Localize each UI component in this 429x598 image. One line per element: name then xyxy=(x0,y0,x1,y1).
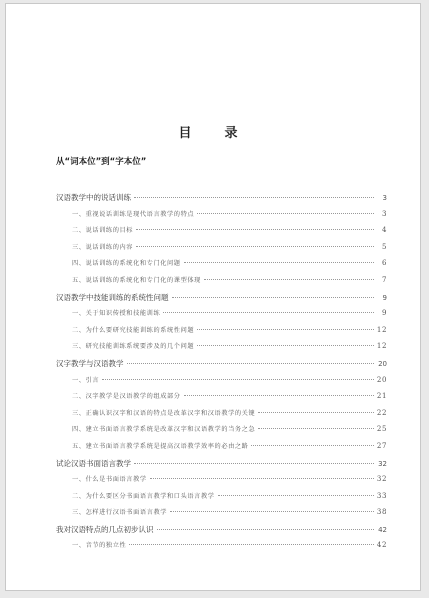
toc-section-entry[interactable]: 一、引言20 xyxy=(56,375,387,392)
toc-entry-label: 我对汉语特点的几点初步认识 xyxy=(56,524,154,535)
toc-entry-label: 二、为什么要区分书面语言教学和口头语言教学 xyxy=(72,491,215,500)
dot-leader xyxy=(163,312,374,313)
toc-page-number: 21 xyxy=(377,392,387,400)
dot-leader xyxy=(204,279,374,280)
dot-leader xyxy=(129,544,374,545)
toc-entry-label: 试论汉语书面语言教学 xyxy=(56,458,131,469)
toc-section-entry[interactable]: 一、音节的独立性42 xyxy=(56,540,387,557)
toc-section-entry[interactable]: 四、建立书面语言教学系统是改革汉字和汉语教学的当务之急25 xyxy=(56,424,387,441)
toc-page-number: 27 xyxy=(377,442,387,450)
dot-leader xyxy=(127,363,375,364)
toc-entry-label: 四、建立书面语言教学系统是改革汉字和汉语教学的当务之急 xyxy=(72,424,255,433)
toc-page-number: 5 xyxy=(377,243,387,251)
dot-leader xyxy=(134,197,374,198)
dot-leader xyxy=(218,495,374,496)
toc-entry-label: 一、关于知识传授和技能训练 xyxy=(72,308,160,317)
dot-leader xyxy=(251,445,373,446)
toc-page-number: 42 xyxy=(377,526,387,534)
toc-section-entry[interactable]: 一、重视说话训练是现代语言教学的特点3 xyxy=(56,209,387,226)
toc-entry-label: 一、重视说话训练是现代语言教学的特点 xyxy=(72,209,194,218)
toc-page-number: 20 xyxy=(377,360,387,368)
toc-chapter-entry[interactable]: 试论汉语书面语言教学32 xyxy=(56,458,387,475)
toc-page-number: 32 xyxy=(377,460,387,468)
dot-leader xyxy=(184,262,374,263)
toc-entry-label: 二、汉字教学是汉语教学的组成部分 xyxy=(72,391,181,400)
toc-entry-label: 三、说话训练的内容 xyxy=(72,242,133,251)
toc-entry-label: 五、建立书面语言教学系统是提高汉语教学效率的必由之路 xyxy=(72,441,248,450)
toc-page-number: 4 xyxy=(377,226,387,234)
dot-leader xyxy=(157,529,375,530)
toc-entry-label: 三、研究技能训练系统要涉及的几个问题 xyxy=(72,341,194,350)
toc-section-entry[interactable]: 五、建立书面语言教学系统是提高汉语教学效率的必由之路27 xyxy=(56,441,387,458)
dot-leader xyxy=(102,379,374,380)
dot-leader xyxy=(197,213,374,214)
dot-leader xyxy=(172,297,375,298)
document-page: 目 录 从“词本位”到“字本位” 汉语教学中的说话训练3一、重视说话训练是现代语… xyxy=(5,3,421,591)
dot-leader xyxy=(258,412,374,413)
table-of-contents: 汉语教学中的说话训练3一、重视说话训练是现代语言教学的特点3二、说话训练的目标4… xyxy=(56,192,387,557)
dot-leader xyxy=(170,511,374,512)
toc-page-number: 3 xyxy=(377,210,387,218)
toc-entry-label: 一、什么是书面语言教学 xyxy=(72,474,147,483)
dot-leader xyxy=(136,229,374,230)
toc-section-entry[interactable]: 三、研究技能训练系统要涉及的几个问题12 xyxy=(56,341,387,358)
toc-section-entry[interactable]: 五、说话训练的系统化和专门化的课型体现7 xyxy=(56,275,387,292)
toc-page-number: 22 xyxy=(377,409,387,417)
toc-page-number: 42 xyxy=(377,541,387,549)
toc-page-number: 3 xyxy=(377,194,387,202)
toc-page-number: 9 xyxy=(377,309,387,317)
dot-leader xyxy=(197,345,374,346)
toc-entry-label: 四、说话训练的系统化和专门化问题 xyxy=(72,258,181,267)
toc-entry-label: 一、引言 xyxy=(72,375,99,384)
toc-section-entry[interactable]: 一、什么是书面语言教学32 xyxy=(56,474,387,491)
toc-section-entry[interactable]: 二、为什么要研究技能训练的系统性问题12 xyxy=(56,325,387,342)
toc-entry-label: 三、正确认识汉字和汉语的特点是改革汉字和汉语教学的关键 xyxy=(72,408,255,417)
toc-entry-label: 二、说话训练的目标 xyxy=(72,225,133,234)
toc-entry-label: 汉语教学中的说话训练 xyxy=(56,192,131,203)
dot-leader xyxy=(150,478,374,479)
toc-page-number: 20 xyxy=(377,376,387,384)
toc-page-number: 6 xyxy=(377,259,387,267)
dot-leader xyxy=(184,395,374,396)
toc-page-number: 7 xyxy=(377,276,387,284)
toc-page-number: 33 xyxy=(377,492,387,500)
toc-chapter-entry[interactable]: 汉语教学中的说话训练3 xyxy=(56,192,387,209)
dot-leader xyxy=(134,463,374,464)
dot-leader xyxy=(258,428,374,429)
dot-leader xyxy=(197,329,374,330)
toc-page-number: 12 xyxy=(377,342,387,350)
page-title: 目 录 xyxy=(6,122,420,141)
toc-chapter-entry[interactable]: 汉语教学中技能训练的系统性问题9 xyxy=(56,292,387,309)
toc-section-entry[interactable]: 四、说话训练的系统化和专门化问题6 xyxy=(56,258,387,275)
toc-entry-label: 一、音节的独立性 xyxy=(72,540,126,549)
toc-section-entry[interactable]: 二、为什么要区分书面语言教学和口头语言教学33 xyxy=(56,491,387,508)
toc-entry-label: 二、为什么要研究技能训练的系统性问题 xyxy=(72,325,194,334)
toc-page-number: 12 xyxy=(377,326,387,334)
dot-leader xyxy=(136,246,374,247)
toc-page-number: 9 xyxy=(377,294,387,302)
section-heading: 从“词本位”到“字本位” xyxy=(56,155,146,167)
toc-section-entry[interactable]: 三、正确认识汉字和汉语的特点是改革汉字和汉语教学的关键22 xyxy=(56,408,387,425)
toc-page-number: 25 xyxy=(377,425,387,433)
toc-section-entry[interactable]: 三、说话训练的内容5 xyxy=(56,242,387,259)
toc-entry-label: 汉字教学与汉语教学 xyxy=(56,358,124,369)
toc-chapter-entry[interactable]: 我对汉语特点的几点初步认识42 xyxy=(56,524,387,541)
toc-section-entry[interactable]: 三、怎样进行汉语书面语言教学38 xyxy=(56,507,387,524)
toc-entry-label: 三、怎样进行汉语书面语言教学 xyxy=(72,507,167,516)
toc-page-number: 32 xyxy=(377,475,387,483)
toc-page-number: 38 xyxy=(377,508,387,516)
toc-entry-label: 汉语教学中技能训练的系统性问题 xyxy=(56,292,169,303)
toc-section-entry[interactable]: 二、说话训练的目标4 xyxy=(56,225,387,242)
toc-chapter-entry[interactable]: 汉字教学与汉语教学20 xyxy=(56,358,387,375)
toc-entry-label: 五、说话训练的系统化和专门化的课型体现 xyxy=(72,275,201,284)
toc-section-entry[interactable]: 二、汉字教学是汉语教学的组成部分21 xyxy=(56,391,387,408)
toc-section-entry[interactable]: 一、关于知识传授和技能训练9 xyxy=(56,308,387,325)
